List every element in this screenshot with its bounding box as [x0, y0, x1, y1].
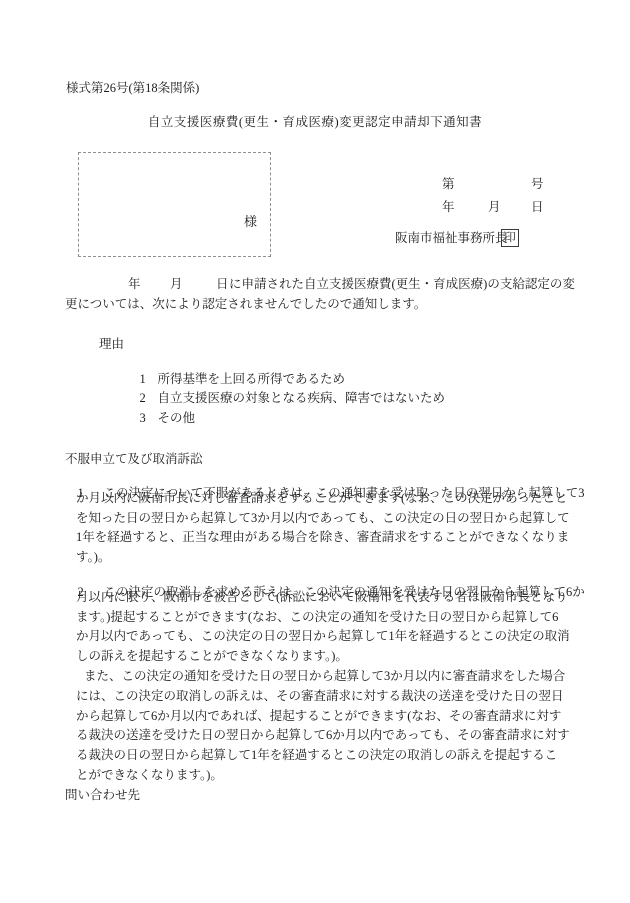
form-number: 様式第26号(第18条関係): [66, 81, 199, 96]
appeal-item1-line: 1年を経過すると、正当な理由がある場合を除き、審査請求をすることができなくなりま: [76, 530, 569, 545]
intro-date-day: 日: [216, 277, 229, 292]
date-year-label: 年: [442, 200, 455, 215]
appeal-para-line: る裁決の送達を受けた日の翌日から起算して6か月以内であっても、その審査請求に対す: [76, 728, 570, 743]
appeal-heading: 不服申立て及び取消訴訟: [65, 452, 203, 467]
addressee-box: 様: [78, 152, 271, 257]
appeal-item1-line: を知った日の翌日から起算して3か月以内であっても、この決定の日の翌日から起算して: [76, 511, 570, 526]
appeal-item1-line: す。)。: [76, 550, 110, 565]
intro-date-year: 年: [128, 277, 141, 292]
appeal-item1-line: か月以内に阪南市長に対し審査請求をすることができます(なお、この決定があったこと: [76, 491, 568, 506]
document-page: 様式第26号(第18条関係) 自立支援医療費(更生・育成医療)変更認定申請却下通…: [0, 0, 630, 903]
reason-item: 3その他: [127, 396, 195, 441]
seal-placeholder: 印: [501, 229, 519, 247]
appeal-para-line: から起算して6か月以内であれば、提起することができます(なお、その審査請求に対す: [76, 709, 561, 724]
appeal-para-line: る裁決の日の翌日から起算して1年を経過するとこの決定の取消しの訴えを提起するこ: [76, 748, 557, 763]
doc-number-suffix: 号: [531, 177, 544, 192]
reason-item-text: その他: [158, 411, 196, 425]
intro-line2: 更については、次により認定されませんでしたので通知します。: [65, 297, 426, 312]
intro-date-month: 月: [170, 277, 183, 292]
appeal-para-line: とができなくなります。)。: [76, 768, 223, 783]
date-month-label: 月: [488, 200, 501, 215]
reason-item-number: 3: [140, 411, 158, 426]
intro-line1: に申請された自立支援医療費(更生・育成医療)の支給認定の変: [229, 277, 575, 292]
document-title: 自立支援医療費(更生・育成医療)変更認定申請却下通知書: [0, 115, 630, 130]
appeal-item2-line: 月以内に限り、阪南市を被告として(訴訟において阪南市を代表する者は阪南市長となり: [76, 590, 568, 605]
reason-item-text: 自立支援医療の対象となる疾病、障害ではないため: [158, 391, 446, 405]
issuer-name: 阪南市福祉事務所長: [395, 231, 508, 246]
date-day-label: 日: [531, 200, 544, 215]
reason-heading: 理由: [99, 337, 124, 352]
appeal-para-line: また、この決定の通知を受けた日の翌日から起算して3か月以内に審査請求をした場合: [84, 669, 565, 684]
appeal-para-line: には、この決定の取消しの訴えは、その審査請求に対する裁決の送達を受けた日の翌日: [76, 689, 564, 704]
appeal-item2-line: ます。)提起することができます(なお、この決定の通知を受けた日の翌日から起算して…: [76, 610, 558, 625]
addressee-honorific: 様: [244, 211, 257, 230]
contact-heading: 問い合わせ先: [65, 788, 140, 803]
appeal-item2-line: か月以内であっても、この決定の日の翌日から起算して1年を経過するとこの決定の取消: [76, 629, 570, 644]
doc-number-prefix: 第: [442, 177, 455, 192]
appeal-item2-line: しの訴えを提起することができなくなります。)。: [76, 649, 348, 664]
